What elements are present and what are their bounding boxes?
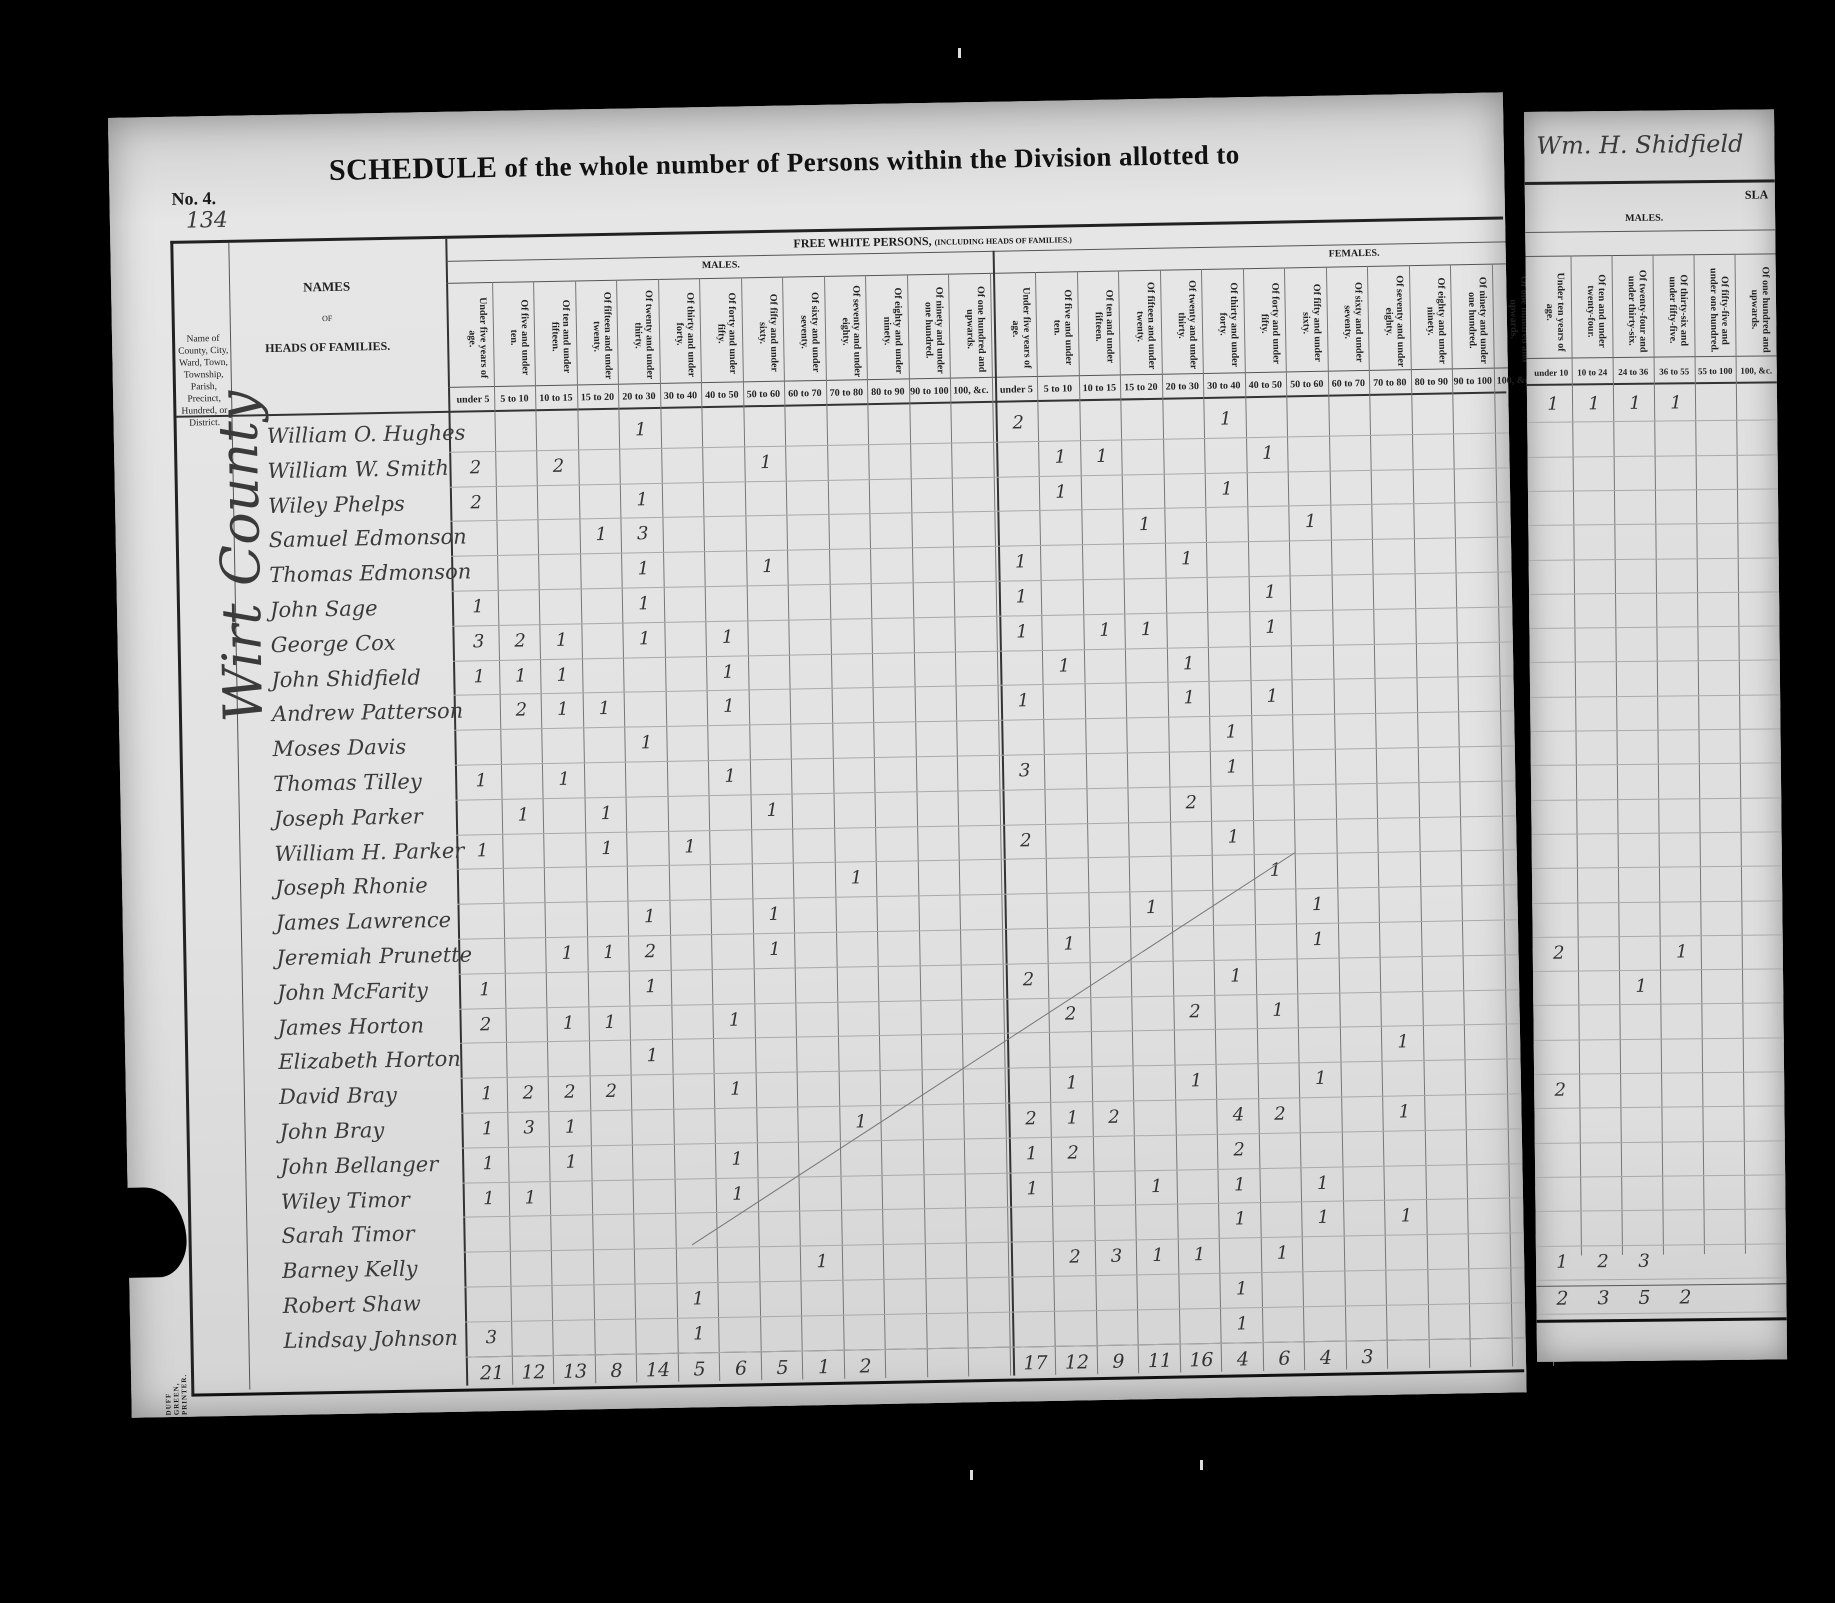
male-count: 3 xyxy=(623,523,663,545)
male-count: 2 xyxy=(465,1013,505,1035)
male-count: 1 xyxy=(503,804,543,826)
female-count: 1 xyxy=(1250,581,1290,603)
row-divider xyxy=(1535,1174,1787,1178)
male-col-range: 20 to 30 xyxy=(618,391,660,403)
male-col-range: 50 to 60 xyxy=(743,389,785,401)
head-of-family-name: Moses Davis xyxy=(272,735,406,761)
female-total: 16 xyxy=(1181,1348,1221,1371)
female-count: 2 xyxy=(1094,1106,1134,1128)
female-col-range: 20 to 30 xyxy=(1162,381,1204,393)
male-count: 1 xyxy=(510,1187,550,1209)
female-count: 1 xyxy=(1248,442,1288,464)
female-count: 1 xyxy=(1001,551,1041,573)
female-count: 1 xyxy=(1179,1244,1219,1266)
head-of-family-name: John Sage xyxy=(270,596,378,622)
male-count: 1 xyxy=(543,699,583,721)
male-count: 2 xyxy=(630,941,670,963)
male-count: 1 xyxy=(714,1009,754,1031)
female-count: 3 xyxy=(1004,760,1044,782)
row-divider xyxy=(1528,454,1787,458)
male-count: 1 xyxy=(469,1187,509,1209)
divider xyxy=(1537,1317,1787,1323)
head-of-family-name: Elizabeth Horton xyxy=(278,1047,461,1074)
column-divider xyxy=(1775,253,1786,1253)
slave-count: 1 xyxy=(1656,392,1696,413)
female-col-desc: Of fifteen and under twenty. xyxy=(1126,280,1157,373)
row-divider xyxy=(450,467,1510,487)
male-count: 1 xyxy=(547,942,587,964)
slave-count: 1 xyxy=(1574,393,1614,414)
female-count: 2 xyxy=(1011,1108,1051,1130)
female-col-range: 80 to 90 xyxy=(1410,376,1452,388)
slave-col-desc: Of thirty-six and under fifty-five. xyxy=(1660,264,1690,356)
names-header-1: NAMES xyxy=(234,279,419,294)
female-count: 1 xyxy=(1383,1031,1423,1053)
male-count: 1 xyxy=(755,939,795,961)
female-col-desc: Under five years of age. xyxy=(1002,282,1033,375)
head-of-family-name: Wiley Timor xyxy=(281,1187,410,1213)
head-of-family-name: William H. Parker xyxy=(274,838,464,865)
top-rule xyxy=(1525,179,1785,185)
male-count: 3 xyxy=(471,1327,511,1349)
head-of-family-name: Wiley Phelps xyxy=(268,491,405,517)
row-divider xyxy=(1536,1243,1787,1247)
male-total: 21 xyxy=(472,1361,512,1384)
male-total: 5 xyxy=(679,1358,719,1381)
row-divider xyxy=(459,989,1519,1009)
slave-col-range: 36 to 55 xyxy=(1654,366,1695,376)
female-count: 1 xyxy=(1213,826,1253,848)
male-count: 1 xyxy=(754,904,794,926)
head-of-family-name: Robert Shaw xyxy=(283,1291,421,1318)
male-col-desc: Of one hundred and upwards. xyxy=(956,283,987,376)
slave-total: 2 xyxy=(1542,1287,1582,1309)
slave-total: 2 xyxy=(1665,1286,1705,1308)
female-count: 1 xyxy=(1384,1101,1424,1123)
male-count: 1 xyxy=(836,867,876,889)
male-total: 5 xyxy=(762,1356,802,1379)
male-col-desc: Of forty and under fifty. xyxy=(707,288,738,381)
male-count: 1 xyxy=(678,1288,718,1310)
males-label: MALES. xyxy=(702,259,740,271)
male-count: 1 xyxy=(590,1011,630,1033)
slaves-header: SLA xyxy=(1745,187,1768,202)
row-divider xyxy=(463,1163,1523,1183)
female-count: 1 xyxy=(1258,999,1298,1021)
head-of-family-name: Lindsay Johnson xyxy=(283,1326,458,1353)
male-count: 2 xyxy=(550,1082,590,1104)
row-divider xyxy=(464,1232,1524,1252)
head-of-family-name: Barney Kelly xyxy=(282,1257,418,1283)
slave-count: 2 xyxy=(1540,1079,1580,1100)
head-of-family-name: John Bray xyxy=(279,1118,384,1144)
male-col-range: 40 to 50 xyxy=(701,389,743,401)
head-of-family-name: John McFarity xyxy=(277,978,428,1005)
male-count: 2 xyxy=(591,1081,631,1103)
female-count: 2 xyxy=(1171,792,1211,814)
male-count: 1 xyxy=(752,799,792,821)
female-total: 3 xyxy=(1347,1345,1387,1368)
male-count: 1 xyxy=(462,839,502,861)
male-count: 1 xyxy=(542,664,582,686)
male-total: 6 xyxy=(721,1357,761,1380)
female-col-desc: Of seventy and under eighty. xyxy=(1375,275,1406,368)
male-col-desc: Of sixty and under seventy. xyxy=(790,286,821,379)
divider xyxy=(1526,253,1786,257)
male-total: 14 xyxy=(638,1358,678,1381)
female-col-range: 60 to 70 xyxy=(1327,378,1369,390)
female-col-desc: Of ten and under fifteen. xyxy=(1085,281,1116,374)
divider xyxy=(1525,229,1785,233)
male-col-range: 5 to 10 xyxy=(494,393,536,405)
slave-col-desc: Of fifty-five and under one hundred. xyxy=(1701,264,1731,356)
sheet-label: No. 4. xyxy=(171,188,216,210)
male-count: 1 xyxy=(624,628,664,650)
female-col-range: 50 to 60 xyxy=(1286,379,1328,391)
male-col-range: 30 to 40 xyxy=(660,390,702,402)
male-count: 1 xyxy=(708,661,748,683)
row-divider xyxy=(457,884,1517,904)
female-count: 1 xyxy=(1001,586,1041,608)
slave-count: 1 xyxy=(1615,393,1655,414)
male-count: 1 xyxy=(718,1183,758,1205)
male-col-desc: Of seventy and under eighty. xyxy=(832,285,863,378)
male-count: 1 xyxy=(621,419,661,441)
male-count: 1 xyxy=(467,1083,507,1105)
slave-grid: Under ten years of age.under 10Of ten an… xyxy=(1524,109,1774,112)
head-of-family-name: Sarah Timor xyxy=(281,1222,414,1248)
female-count: 1 xyxy=(1137,1175,1177,1197)
female-count: 1 xyxy=(1041,481,1081,503)
male-count: 1 xyxy=(587,837,627,859)
female-count: 1 xyxy=(1168,653,1208,675)
free-white-persons-header: FREE WHITE PERSONS, (INCLUDING HEADS OF … xyxy=(793,231,1072,251)
row-divider xyxy=(455,745,1515,765)
male-count: 1 xyxy=(746,451,786,473)
slave-count: 2 xyxy=(1583,1251,1623,1272)
female-count: 1 xyxy=(1124,514,1164,536)
head-of-family-name: George Cox xyxy=(270,631,395,657)
female-total: 4 xyxy=(1223,1348,1263,1371)
slave-count: 2 xyxy=(1539,942,1579,963)
head-of-family-name: James Horton xyxy=(277,1013,424,1040)
male-col-range: 10 to 15 xyxy=(535,392,577,404)
females-label: FEMALES. xyxy=(1329,248,1380,260)
male-count: 2 xyxy=(508,1082,548,1104)
female-col-range: 5 to 10 xyxy=(1037,383,1079,395)
female-total: 17 xyxy=(1015,1351,1055,1374)
male-count: 1 xyxy=(679,1323,719,1345)
female-col-desc: Of eighty and under ninety. xyxy=(1417,275,1448,368)
female-col-range: 10 to 15 xyxy=(1079,382,1121,394)
female-count: 1 xyxy=(1085,619,1125,641)
female-count: 1 xyxy=(1303,1207,1343,1229)
row-divider xyxy=(458,919,1518,939)
male-count: 1 xyxy=(717,1148,757,1170)
row-divider xyxy=(452,571,1512,591)
male-count: 2 xyxy=(456,492,496,514)
head-of-family-name: Thomas Edmonson xyxy=(269,560,471,588)
male-count: 1 xyxy=(624,593,664,615)
male-count: 2 xyxy=(501,700,541,722)
female-count: 1 xyxy=(1211,721,1251,743)
female-count: 1 xyxy=(1002,621,1042,643)
row-divider xyxy=(453,641,1513,661)
head-of-family-name: Jeremiah Prunette xyxy=(276,942,472,970)
male-count: 3 xyxy=(509,1117,549,1139)
row-divider xyxy=(1528,488,1787,492)
female-col-desc: Of five and under ten. xyxy=(1043,281,1074,374)
slave-col-range: under 10 xyxy=(1531,368,1572,378)
male-count: 1 xyxy=(467,1118,507,1140)
film-mark xyxy=(958,48,961,58)
female-count: 1 xyxy=(1251,616,1291,638)
row-divider xyxy=(1530,660,1787,664)
slave-males-label: MALES. xyxy=(1625,213,1663,224)
male-col-range: 70 to 80 xyxy=(826,387,868,399)
male-count: 1 xyxy=(544,768,584,790)
male-count: 1 xyxy=(631,976,671,998)
slave-col-range: 55 to 100 xyxy=(1695,366,1736,376)
row-divider xyxy=(450,502,1510,522)
head-of-family-name: James Lawrence xyxy=(276,908,452,935)
female-count: 1 xyxy=(1386,1205,1426,1227)
male-count: 1 xyxy=(623,558,663,580)
divider xyxy=(1527,381,1787,386)
census-page-right: Wm. H. Shidfield SLA MALES. Under ten ye… xyxy=(1524,109,1787,1362)
head-of-family-name: William O. Hughes xyxy=(267,421,466,449)
printer-mark: DUFF GREEN, PRINTER. xyxy=(164,1374,189,1416)
male-col-desc: Of five and under ten. xyxy=(500,291,531,384)
census-table: Name of County, City, Ward, Town, Townsh… xyxy=(170,216,1524,1396)
female-total: 6 xyxy=(1264,1347,1304,1370)
title-rest: of the whole number of Persons within th… xyxy=(504,139,1240,182)
torn-corner xyxy=(116,1187,188,1278)
female-count: 1 xyxy=(1212,756,1252,778)
female-count: 1 xyxy=(1220,1208,1260,1230)
male-col-range: 90 to 100 xyxy=(909,386,951,398)
schedule-title: SCHEDULE of the whole number of Persons … xyxy=(329,137,1240,188)
male-count: 1 xyxy=(630,906,670,928)
row-divider xyxy=(1529,557,1787,561)
slave-col-desc: Under ten years of age. xyxy=(1537,266,1567,358)
male-col-range: under 5 xyxy=(452,394,494,406)
female-col-range: 90 to 100 xyxy=(1452,376,1494,388)
male-col-desc: Of twenty and under thirty. xyxy=(624,289,655,382)
female-col-desc: Of sixty and under seventy. xyxy=(1334,276,1365,369)
male-count: 1 xyxy=(465,979,505,1001)
female-count: 1 xyxy=(1206,408,1246,430)
male-count: 2 xyxy=(455,457,495,479)
male-count: 1 xyxy=(550,1116,590,1138)
page-number: 134 xyxy=(186,208,228,234)
row-divider xyxy=(463,1198,1523,1218)
female-count: 1 xyxy=(1262,1242,1302,1264)
row-divider xyxy=(449,432,1509,452)
male-count: 1 xyxy=(632,1045,672,1067)
title-prefix: SCHEDULE xyxy=(329,151,498,187)
male-count: 1 xyxy=(581,524,621,546)
head-of-family-name: William W. Smith xyxy=(267,456,449,483)
slave-count: 3 xyxy=(1624,1250,1664,1271)
female-total: 11 xyxy=(1140,1349,1180,1372)
female-count: 1 xyxy=(1301,1068,1341,1090)
male-total: 1 xyxy=(804,1355,844,1378)
female-count: 1 xyxy=(1131,897,1171,919)
female-col-range: 70 to 80 xyxy=(1369,377,1411,389)
slave-count: 1 xyxy=(1621,976,1661,997)
slave-total: 5 xyxy=(1624,1286,1664,1308)
slave-col-desc: Of ten and under twenty-four. xyxy=(1578,265,1608,357)
male-col-range: 60 to 70 xyxy=(784,388,826,400)
row-divider xyxy=(1529,591,1787,595)
male-count: 1 xyxy=(710,765,750,787)
head-of-family-name: David Bray xyxy=(279,1083,397,1109)
female-count: 1 xyxy=(1126,618,1166,640)
enumerator-signature: Wm. H. Shidfield xyxy=(1536,130,1743,160)
male-total: 12 xyxy=(513,1361,553,1384)
head-of-family-name: Joseph Rhonie xyxy=(275,874,428,901)
film-mark xyxy=(970,1470,973,1480)
row-divider xyxy=(461,1058,1521,1078)
row-divider xyxy=(1537,1311,1787,1315)
row-divider xyxy=(1530,694,1787,698)
male-count: 1 xyxy=(748,556,788,578)
head-of-family-name: Andrew Patterson xyxy=(272,699,464,727)
female-col-range: 40 to 50 xyxy=(1244,379,1286,391)
male-total: 8 xyxy=(596,1359,636,1382)
female-total: 9 xyxy=(1098,1350,1138,1373)
female-count: 1 xyxy=(1220,1174,1260,1196)
male-col-desc: Of fifty and under sixty. xyxy=(749,287,780,380)
row-divider xyxy=(1536,1277,1787,1281)
female-count: 1 xyxy=(1040,446,1080,468)
female-col-desc: Of fifty and under sixty. xyxy=(1292,277,1323,370)
column-divider xyxy=(1734,254,1745,1254)
female-col-desc: Of ninety and under one hundred. xyxy=(1458,274,1489,367)
row-divider xyxy=(1530,728,1787,732)
row-divider xyxy=(452,606,1512,626)
male-count: 1 xyxy=(622,489,662,511)
female-col-desc: Of twenty and under thirty. xyxy=(1168,279,1199,372)
female-count: 2 xyxy=(1053,1142,1093,1164)
female-count: 1 xyxy=(1011,1143,1051,1165)
male-count: 1 xyxy=(468,1153,508,1175)
head-of-family-name: Samuel Edmonson xyxy=(269,525,467,553)
male-count: 1 xyxy=(589,942,629,964)
row-divider xyxy=(462,1128,1522,1148)
row-divider xyxy=(1536,1208,1788,1212)
female-count: 1 xyxy=(1252,686,1292,708)
section-subheader-text: (INCLUDING HEADS OF FAMILIES.) xyxy=(934,235,1071,247)
female-count: 1 xyxy=(1207,478,1247,500)
female-count: 1 xyxy=(1216,965,1256,987)
census-page-left: No. 4. 134 SCHEDULE of the whole number … xyxy=(108,92,1527,1417)
names-header-2: OF xyxy=(235,311,420,326)
female-count: 1 xyxy=(1049,933,1089,955)
female-col-range: under 5 xyxy=(996,384,1038,396)
row-divider xyxy=(456,780,1516,800)
female-count: 1 xyxy=(1303,1172,1343,1194)
female-col-desc: Of thirty and under forty. xyxy=(1209,278,1240,371)
female-count: 1 xyxy=(1167,548,1207,570)
male-count: 1 xyxy=(670,836,710,858)
county-name: Wirt County xyxy=(206,390,275,723)
male-count: 3 xyxy=(458,631,498,653)
male-count: 1 xyxy=(458,596,498,618)
male-col-desc: Under five years of age. xyxy=(458,292,489,385)
male-count: 1 xyxy=(586,802,626,824)
female-count: 1 xyxy=(1003,690,1043,712)
female-col-range: 15 to 20 xyxy=(1120,382,1162,394)
slave-col-desc: Of one hundred and upwards. xyxy=(1742,263,1772,355)
male-count: 1 xyxy=(707,626,747,648)
male-col-desc: Of fifteen and under twenty. xyxy=(583,290,614,383)
female-count: 1 xyxy=(1255,860,1295,882)
male-col-range: 100, &c. xyxy=(950,385,992,397)
female-count: 1 xyxy=(1169,687,1209,709)
row-divider xyxy=(1531,763,1787,767)
male-count: 1 xyxy=(709,696,749,718)
female-col-range: 30 to 40 xyxy=(1203,380,1245,392)
male-count: 1 xyxy=(459,666,499,688)
female-count: 1 xyxy=(1012,1177,1052,1199)
male-count: 1 xyxy=(626,732,666,754)
male-count: 1 xyxy=(584,698,624,720)
female-count: 1 xyxy=(1222,1313,1262,1335)
male-total: 2 xyxy=(845,1355,885,1378)
row-divider xyxy=(1527,420,1787,424)
male-count: 1 xyxy=(461,770,501,792)
female-total: 4 xyxy=(1306,1346,1346,1369)
female-count: 2 xyxy=(1175,1000,1215,1022)
slave-col-range: 10 to 24 xyxy=(1572,367,1613,377)
male-count: 1 xyxy=(841,1111,881,1133)
female-count: 2 xyxy=(998,412,1038,434)
head-of-family-name: John Shidfield xyxy=(271,665,421,692)
female-count: 3 xyxy=(1096,1246,1136,1268)
head-of-family-name: John Bellanger xyxy=(280,1152,438,1179)
female-count: 1 xyxy=(1052,1107,1092,1129)
slave-count: 1 xyxy=(1662,941,1702,962)
male-count: 2 xyxy=(538,455,578,477)
female-count: 2 xyxy=(1006,830,1046,852)
slave-count: 1 xyxy=(1533,394,1573,415)
female-count: 2 xyxy=(1008,969,1048,991)
head-of-family-name: Thomas Tilley xyxy=(273,769,422,796)
row-divider xyxy=(465,1302,1525,1322)
male-count: 1 xyxy=(716,1078,756,1100)
male-count: 1 xyxy=(548,1012,588,1034)
male-col-desc: Of eighty and under ninety. xyxy=(873,284,904,377)
male-count: 1 xyxy=(551,1151,591,1173)
slave-col-range: 24 to 36 xyxy=(1613,367,1654,377)
female-count: 1 xyxy=(1044,655,1084,677)
female-count: 2 xyxy=(1260,1103,1300,1125)
female-count: 1 xyxy=(1221,1278,1261,1300)
male-count: 1 xyxy=(802,1251,842,1273)
female-count: 1 xyxy=(1138,1245,1178,1267)
female-count: 2 xyxy=(1055,1246,1095,1268)
head-of-family-name: Joseph Parker xyxy=(274,804,423,831)
male-col-desc: Of ninety and under one hundred. xyxy=(915,284,946,377)
film-mark xyxy=(1200,1460,1203,1470)
female-count: 1 xyxy=(1297,894,1337,916)
female-count: 1 xyxy=(1082,445,1122,467)
row-divider xyxy=(1528,522,1787,526)
row-divider xyxy=(1529,625,1787,629)
row-divider xyxy=(464,1267,1524,1287)
